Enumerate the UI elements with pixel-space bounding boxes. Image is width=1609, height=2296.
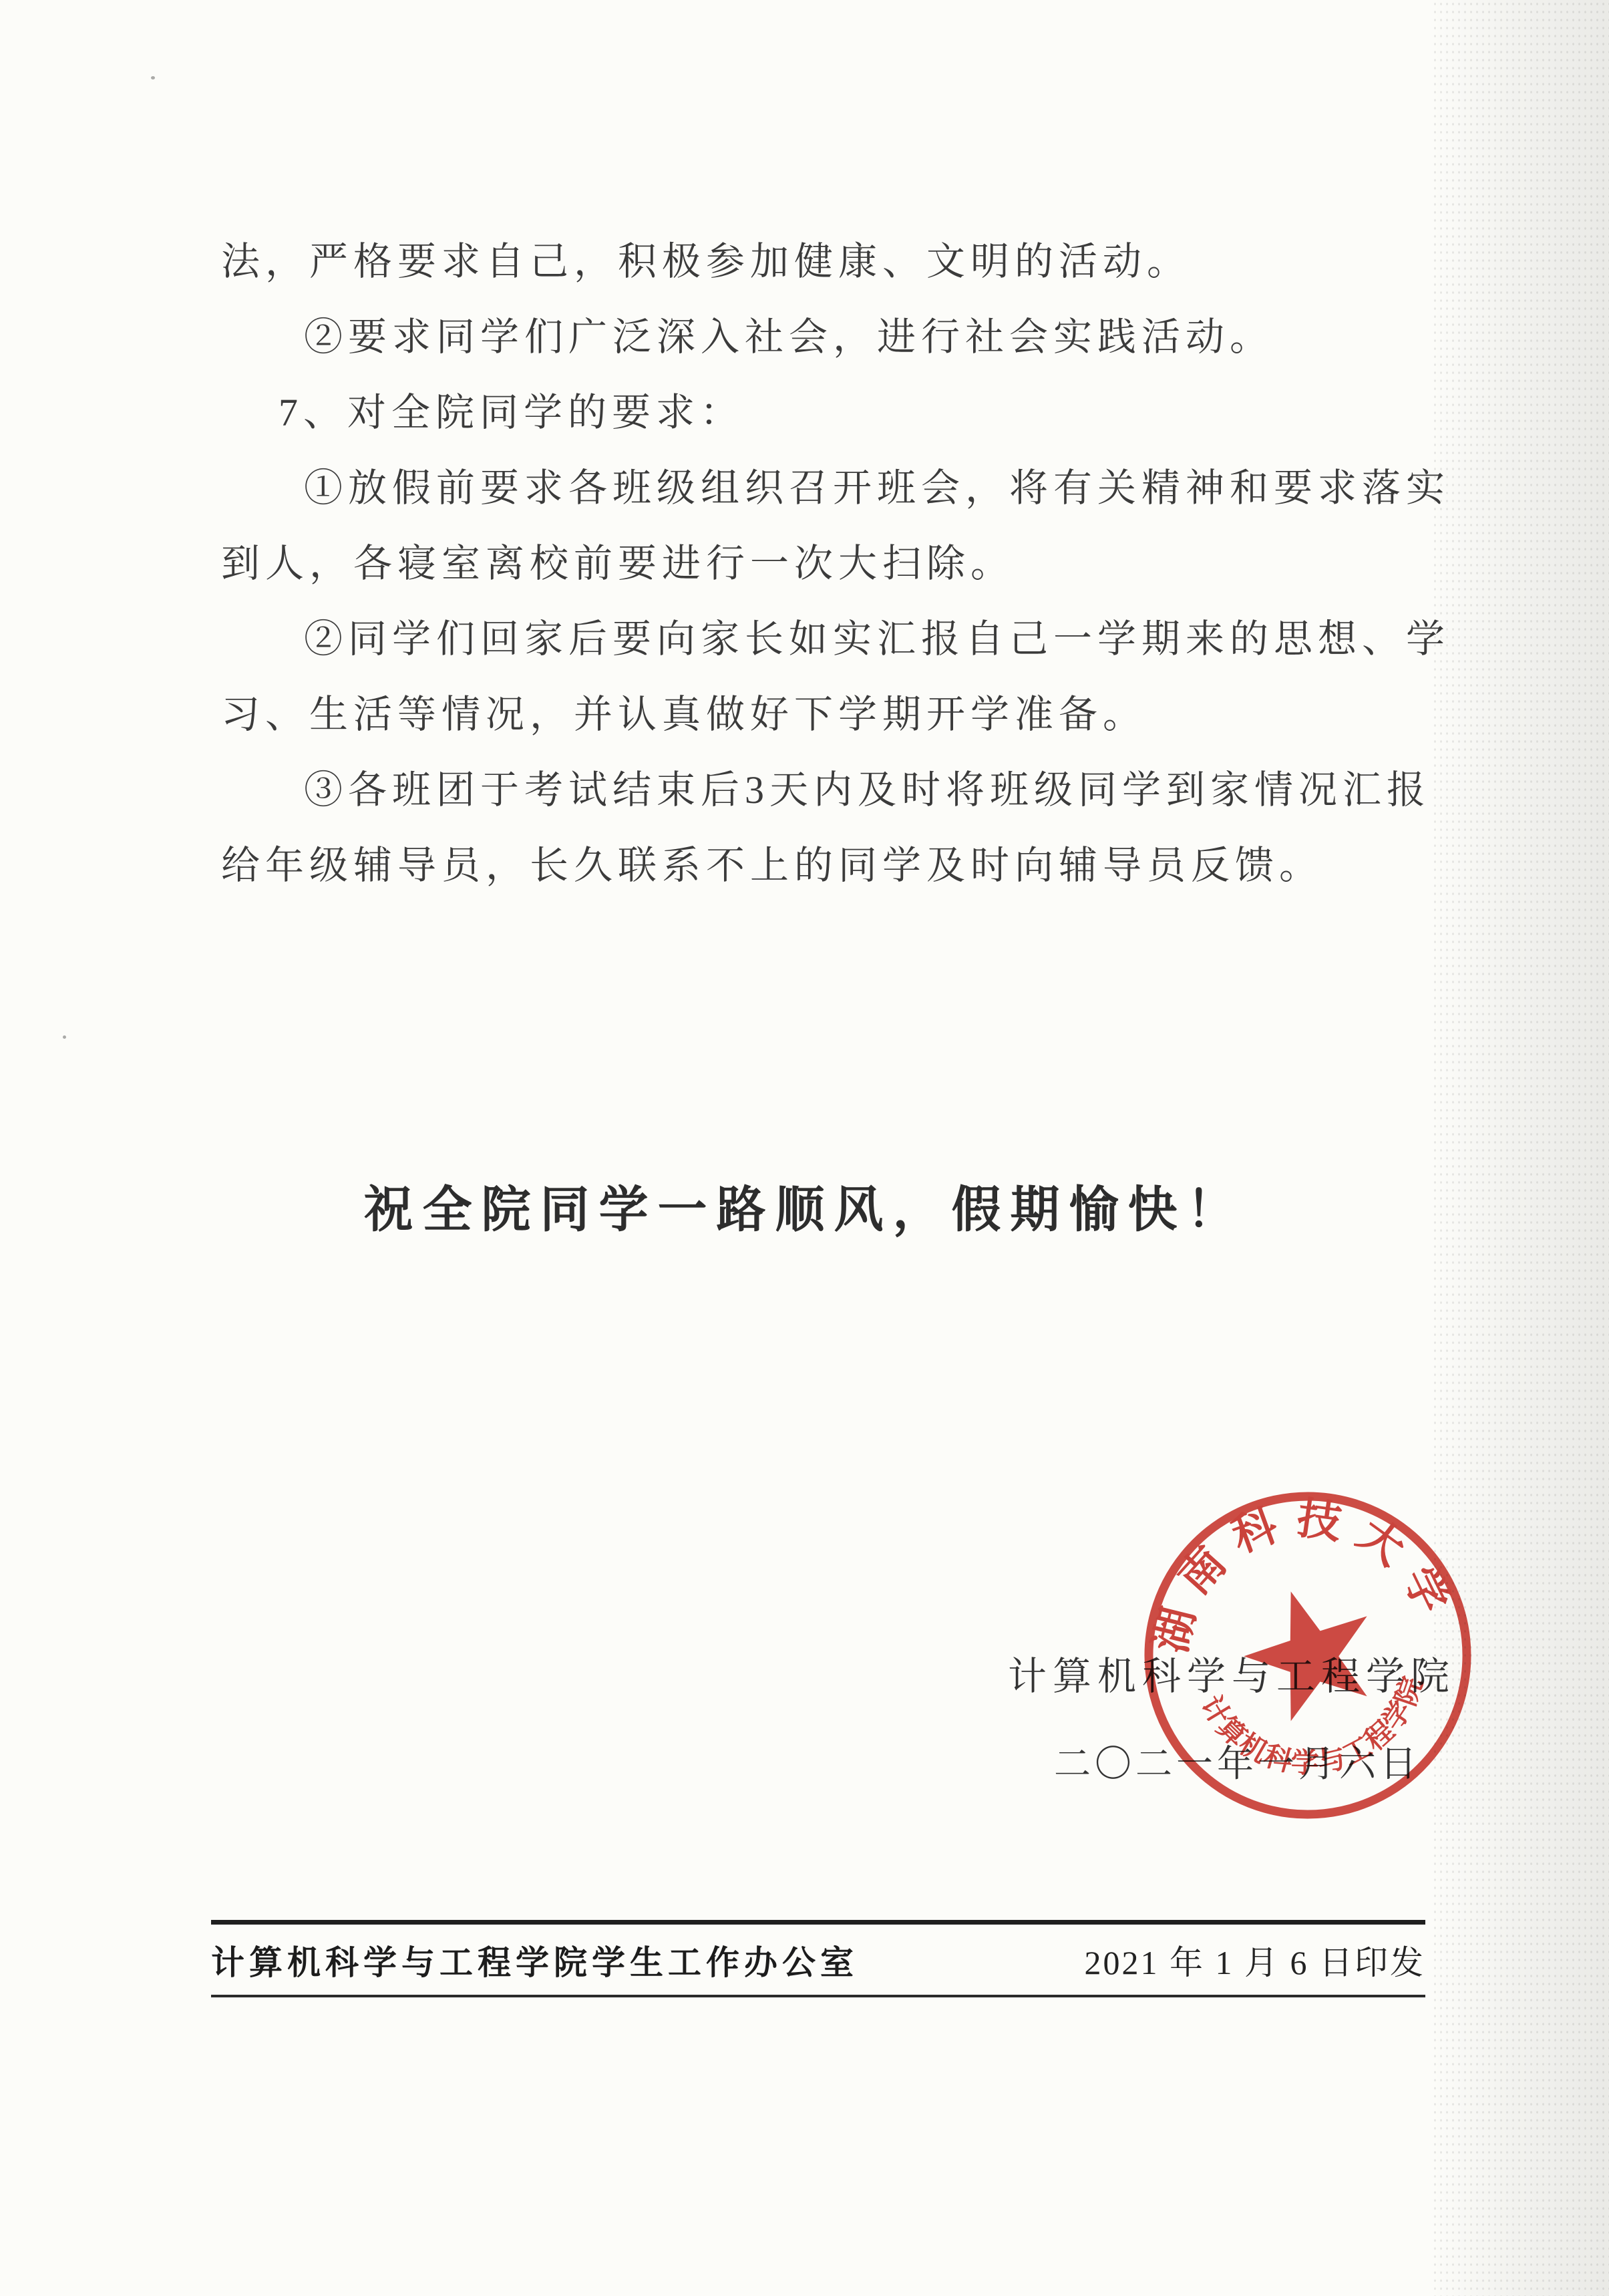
body-line: 法，严格要求自己，积极参加健康、文明的活动。	[221, 224, 1457, 299]
body-line: 习、生活等情况，并认真做好下学期开学准备。	[221, 677, 1457, 752]
closing-wish-headline: 祝全院同学一路顺风，假期愉快！	[0, 1170, 1609, 1241]
footer: 计算机科学与工程学院学生工作办公室 2021 年 1 月 6 日印发	[211, 1931, 1425, 1989]
footer-issue-date: 2021 年 1 月 6 日印发	[1085, 1936, 1426, 1984]
body-line: ③各班团于考试结束后3天内及时将班级同学到家情况汇报	[221, 752, 1457, 828]
body-line: ②要求同学们广泛深入社会，进行社会实践活动。	[221, 299, 1457, 375]
footer-bottom-rule	[211, 1995, 1425, 1997]
stamp-star-icon	[1238, 1584, 1377, 1726]
body-line: ①放假前要求各班级组织召开班会，将有关精神和要求落实	[221, 450, 1457, 526]
footer-office-name: 计算机科学与工程学院学生工作办公室	[211, 1936, 858, 1984]
body-line: 给年级辅导员，长久联系不上的同学及时向辅导员反馈。	[221, 828, 1457, 903]
footer-top-rule	[211, 1920, 1425, 1925]
scan-speck	[63, 1035, 66, 1039]
scanned-notice-page: 法，严格要求自己，积极参加健康、文明的活动。 ②要求同学们广泛深入社会，进行社会…	[0, 0, 1609, 2296]
document-body: 法，严格要求自己，积极参加健康、文明的活动。 ②要求同学们广泛深入社会，进行社会…	[221, 224, 1457, 903]
scan-speck	[151, 76, 155, 79]
scan-noise-band	[1432, 0, 1609, 2296]
body-line-section-7: 7、对全院同学的要求：	[221, 375, 1457, 450]
body-line: ②同学们回家后要向家长如实汇报自己一学期来的思想、学	[221, 601, 1457, 677]
official-seal-stamp: 湖南科技大学 计算机科学与工程学院	[1117, 1464, 1499, 1846]
body-line: 到人，各寝室离校前要进行一次大扫除。	[221, 526, 1457, 601]
